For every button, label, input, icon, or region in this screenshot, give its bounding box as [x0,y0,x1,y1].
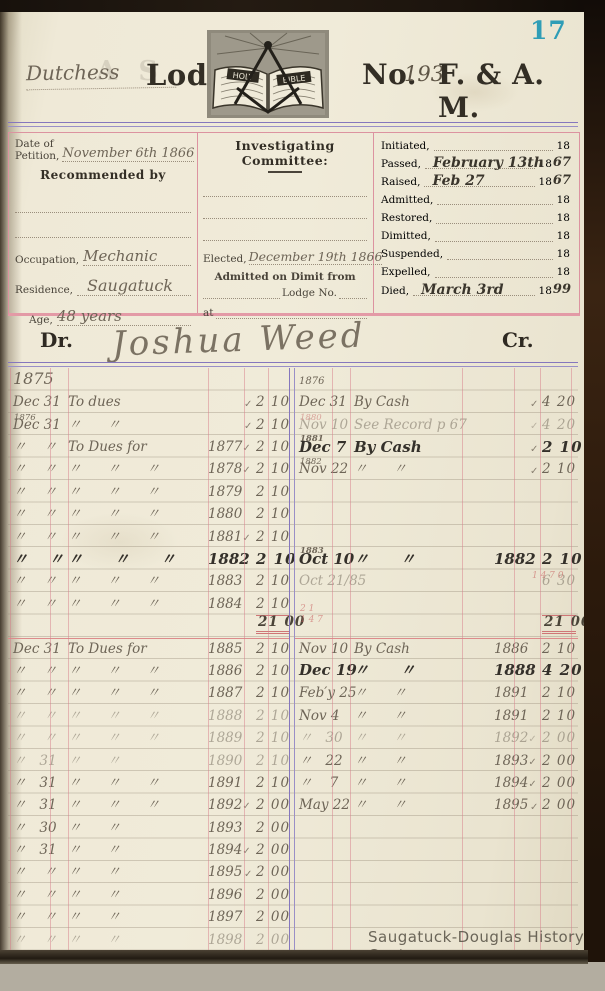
residence-label: Residence, [15,284,73,296]
check-mark-icon: ✓ [244,870,256,880]
ledger-row: 1881Dec 7 By Cash ✓ 2 10 [294,435,578,457]
event-year-printed: 18 [557,267,570,278]
entry-amount: 2 00 [256,889,290,903]
masonic-emblem-engraving: HOLY BIBLE [205,28,331,120]
entry-date: Dec 31 [294,396,354,410]
entry-amount: 2 10 [256,643,290,657]
entry-date: 〃 31 [8,777,68,791]
entry-amount: 2 10 [256,486,290,500]
entry-date: 〃 〃 [8,575,68,589]
investigating-committee-label: Investigating Committee: [203,138,367,168]
event-line [436,211,552,224]
entry-description: 〃 〃 [354,732,494,746]
entry-year: 1881✓ [208,531,244,545]
red-pencil-note: 1 4 7 0 [532,571,564,582]
event-row: Died, March 3rd 18 99 [381,283,571,296]
entry-date: 1875 [8,371,68,387]
event-row: Initiated, 18 [381,138,571,151]
entry-date: Dec 31 [8,396,68,410]
entry-date: Nov 4 [294,710,354,724]
event-label: Initiated, [381,141,430,152]
event-label: Dimitted, [381,231,431,242]
entry-superscript-year: 1876 [14,414,36,423]
entry-amount: 2 10 [256,575,290,589]
entry-date: Dec 19 [294,663,354,678]
blank-line [339,288,367,299]
entry-amount: 2 10 [256,755,290,769]
entry-description: 〃 〃 [354,755,494,769]
entry-description: By Cash [354,396,494,410]
entry-amount: 21 00 [256,615,290,634]
entry-amount: 2 10 [256,687,290,701]
entry-year: 1893✓ [494,755,530,769]
column-rule [350,368,351,951]
event-line: March 3rd [413,283,534,296]
debit-label: Dr. [40,328,73,352]
check-mark-icon: ✓ [528,757,536,768]
entry-date: 〃 7 [294,777,354,791]
entry-description: 〃 〃 〃 [68,508,208,522]
entry-year: 1895 [494,799,530,813]
entry-description: 〃 〃 〃 [68,710,208,724]
ledger-row: Dec 31 By Cash ✓ 4 20 [294,390,578,412]
recommender-list [15,188,191,238]
entry-year: 1890 [208,755,244,769]
event-year-printed: 18 [539,286,552,297]
entry-year: 1891 [494,710,530,724]
entry-year: 1896 [208,889,244,903]
entry-amount: 2 10 [256,531,290,545]
event-row: Admitted, 18 [381,192,571,205]
entry-date: 〃 〃 [8,889,68,903]
entry-date: May 22 [294,799,354,813]
entry-date: 〃 〃 [8,911,68,925]
entry-year: 1894✓ [494,777,530,791]
entry-date: 〃 〃 [8,463,68,477]
entry-year: 1888 [494,663,530,678]
ledger-row: 1882Nov 22 〃 〃 ✓ 2 10 [294,458,578,480]
petition-date-handwritten: November 6th 1866 [62,146,194,162]
entry-date: 〃 30 [8,822,68,836]
photo-edge [0,0,605,12]
ledger-row: 〃 30 〃 〃 1892✓ 2 00 [294,726,578,748]
entry-date: 1883Oct 10 [294,552,354,567]
entry-description: 〃 〃 [68,419,208,433]
check-mark-icon: ✓ [244,422,256,432]
entry-date: 〃 〃 [8,934,68,948]
column-rule [68,368,69,951]
entry-amount: 2 10 [256,441,290,455]
ledger-row [294,480,578,502]
entry-year: 1892✓ [208,799,244,813]
entry-year: 1879 [208,486,244,500]
column-rule [514,368,515,951]
account-ledger: 1875 Dec 31 To dues ✓ 2 10 1876Dec 31 〃 [8,368,578,951]
fam-label: F. & A. M. [438,58,585,124]
entry-date: 〃 31 [8,755,68,769]
entry-date: 〃 〃 [8,486,68,500]
event-year-handwritten: 99 [553,283,571,296]
event-date-handwritten: March 3rd [421,283,503,297]
book-page: 17 A S Dutchess Lodge, HOLY [0,12,585,951]
entry-date: 〃 〃 [8,687,68,701]
entry-description: 〃 〃 [354,552,494,567]
entry-date: 〃 〃 [8,598,68,612]
column-rule [462,368,463,951]
ledger-row: 1876 [294,368,578,390]
entry-date: Oct 21/85 [294,575,354,589]
entry-description: 〃 〃 〃 [68,531,208,545]
event-row: Passed, February 13th 18 67 [381,156,571,169]
entry-description: See Record p 67 [354,419,494,433]
ledger-page-photo: 17 A S Dutchess Lodge, HOLY [0,0,605,991]
event-label: Suspended, [381,249,443,260]
column-rule [571,368,572,951]
entry-description: 〃 〃 〃 [68,486,208,500]
entry-year: 1883 [208,575,244,589]
entry-year: 1893 [208,822,244,836]
entry-description: 〃 〃 〃 [68,598,208,612]
entry-description: 〃 〃 〃 [68,463,208,477]
ledger-row: Feb′y 25 〃 〃 1891 2 10 [294,681,578,703]
occupation-label: Occupation, [15,254,79,266]
event-year-printed: 18 [557,249,570,260]
entry-description: 〃 〃 [354,663,494,678]
check-mark-icon: ✓ [244,400,256,410]
event-year-handwritten: 67 [553,156,571,169]
entry-date: 〃 〃 [8,732,68,746]
entry-date: 〃 〃 [8,441,68,455]
entry-amount: 2 10 [256,665,290,679]
column-rule [10,368,11,951]
entry-year: 1886 [494,643,530,657]
entry-description: 〃 〃 〃 [68,552,208,567]
entry-amount: 2 10 [256,552,290,567]
credit-half: 1876 Dec 31 By Cash ✓ 4 20 1880Nov 10 Se… [294,368,578,951]
entry-description: 〃 〃 [68,844,208,858]
event-label: Admitted, [381,195,433,206]
entry-description: 〃 〃 [68,889,208,903]
event-line [435,229,553,242]
check-mark-icon: ✓ [528,779,536,790]
event-row: Suspended, 18 [381,247,571,260]
entry-date: 〃 〃 [8,866,68,880]
petition-column: Date of Petition, November 6th 1866 Reco… [9,133,197,313]
entry-year: 1898 [208,934,244,948]
event-year-printed: 18 [557,141,570,152]
column-rule [268,368,269,951]
page-number: 17 [530,16,567,45]
entry-description: 〃 〃 〃 [68,799,208,813]
entry-year: 1888 [208,710,244,724]
event-row: Expelled, 18 [381,265,571,278]
age-label: Age, [29,314,53,326]
entry-year: 1877✓ [208,441,244,455]
entry-year: 1885 [208,643,244,657]
entry-date: 〃 〃 [8,508,68,522]
entry-description: 〃 〃 [354,687,494,701]
recommender-signature [15,213,191,238]
event-row: Restored, 18 [381,211,571,224]
entry-description: 〃 〃 [68,866,208,880]
entry-superscript-year: 1883 [300,547,324,556]
entry-date: 〃 〃 [8,710,68,724]
entry-date: 1881Dec 7 [294,440,354,455]
debit-credit-divider [289,368,295,951]
column-rule [332,368,333,951]
event-label: Passed, [381,159,421,170]
entry-amount: 2 10 [256,777,290,791]
event-year-handwritten: 67 [553,174,571,187]
entry-description: By Cash [354,440,494,455]
book-edge [0,950,588,964]
entry-year: 1891 [494,687,530,701]
entry-date: 1880Nov 10 [294,419,354,433]
ledger-row: Dec 19 〃 〃 1888 4 20 [294,659,578,681]
entry-year: 1880 [208,508,244,522]
entry-year: 1882 [208,552,244,567]
event-row: Raised, Feb 27 18 67 [381,174,571,187]
column-rule [208,368,209,951]
red-pencil-note: 2 1 1 4 7 [300,604,323,626]
event-label: Restored, [381,213,432,224]
credit-rows: 1876 Dec 31 By Cash ✓ 4 20 1880Nov 10 Se… [294,368,578,816]
entry-description: To dues [68,396,208,410]
event-row: Dimitted, 18 [381,229,571,242]
entry-year: 1882 [494,552,530,567]
entry-date: Feb′y 25 [294,687,354,701]
event-line [437,192,552,205]
ledger-row: Nov 4 〃 〃 1891 2 10 [294,704,578,726]
elected-label: Elected, [203,253,247,265]
event-line [447,247,553,260]
event-line: Feb 27 [424,174,534,187]
purple-rule [8,122,578,127]
blank-line [203,288,280,299]
event-year-printed: 18 [557,213,570,224]
entry-amount: 2 00 [256,911,290,925]
entry-amount: 2 00 [256,866,290,880]
entry-year: 1889 [208,732,244,746]
ledger-row: 1880Nov 10 See Record p 67 ✓ 4 20 [294,413,578,435]
column-rule [50,368,51,951]
entry-amount: 2 00 [256,822,290,836]
entry-amount: 2 00 [256,844,290,858]
entry-description: By Cash [354,643,494,657]
residence-handwritten: Saugatuck [77,276,191,296]
entry-description: 〃 〃 [68,934,208,948]
event-date-handwritten: Feb 27 [432,174,484,188]
entry-date: Dec 31 [8,643,68,657]
event-label: Died, [381,286,409,297]
elected-date-handwritten: December 19th 1866 [249,249,383,265]
entry-description: 〃 〃 [68,755,208,769]
column-rule [244,368,245,951]
membership-info-box: Date of Petition, November 6th 1866 Reco… [8,132,580,316]
credit-label: Cr. [502,328,534,352]
entry-superscript-year: 1880 [300,414,322,423]
entry-year: 1891 [208,777,244,791]
column-rule [540,368,541,951]
entry-amount: 2 10 [256,419,290,433]
event-year-printed: 18 [539,177,552,188]
entry-description: 〃 〃 〃 [68,732,208,746]
entry-description: 〃 〃 〃 [68,665,208,679]
event-date-handwritten: February 13th [433,156,544,170]
entry-year: 1894✓ [208,844,244,858]
event-label: Expelled, [381,267,431,278]
ledger-row: May 22 〃 〃 1895 ✓ 2 00 [294,793,578,815]
committee-list [203,175,367,241]
occupation-handwritten: Mechanic [83,247,191,266]
ledger-row: 〃 22 〃 〃 1893✓ 2 00 [294,749,578,771]
entry-date: 〃 30 [294,732,354,746]
at-label: at [203,307,213,319]
entry-year: 1878✓ [208,463,244,477]
entry-amount: 2 10 [256,710,290,724]
ledger-row: Nov 10 By Cash 1886 2 10 [294,637,578,659]
entry-date: 〃 31 [8,799,68,813]
event-line [435,265,553,278]
event-line [434,138,553,151]
entry-year: 1895 [208,866,244,880]
entry-year: 1884 [208,598,244,612]
committee-signature [203,175,367,197]
petition-label: Date of Petition, [15,138,59,162]
entry-description: 〃 〃 〃 [68,687,208,701]
entry-date: 〃 〃 [8,665,68,679]
entry-date: 1876Dec 31 [8,419,68,433]
entry-description: To Dues for [68,441,208,455]
entry-description: 〃 〃 [68,822,208,836]
entry-description: 〃 〃 [68,911,208,925]
entry-superscript-year: 1882 [300,458,322,467]
entry-description: 〃 〃 [354,710,494,724]
event-line: February 13th [425,156,535,169]
entry-year: 1897 [208,911,244,925]
book-edge [584,0,605,962]
entry-date: 〃 〃 [8,531,68,545]
entry-year: 1892✓ [494,732,530,746]
committee-signature [203,219,367,241]
ledger-row: 21 00 [294,614,578,636]
entry-description: 〃 〃 〃 [68,777,208,791]
entry-amount: 2 10 [256,396,290,410]
purple-rule [8,362,578,367]
committee-column: Investigating Committee: Elected, Decemb… [197,133,373,313]
entry-year: 1887 [208,687,244,701]
entry-date: 1876 [294,377,354,387]
event-label: Raised, [381,177,420,188]
entry-amount: 2 00 [256,799,290,813]
entry-description: 〃 〃 〃 [68,575,208,589]
entry-date: Nov 10 [294,643,354,657]
ledger-row: 〃 7 〃 〃 1894✓ 2 00 [294,771,578,793]
entry-amount: 2 00 [256,934,290,948]
entry-amount: 2 10 [256,508,290,522]
entry-description: 〃 〃 [354,799,494,813]
entry-date: 1882Nov 22 [294,463,354,477]
entry-superscript-year: 1881 [300,435,324,444]
entry-year: 1886 [208,665,244,679]
entry-amount: 2 10 [256,598,290,612]
entry-description: To Dues for [68,643,208,657]
ledger-row: 1883Oct 10 〃 〃 1882 2 10 [294,547,578,569]
dimit-label: Admitted on Dimit from [203,271,367,283]
event-year-printed: 18 [557,231,570,242]
entry-description: 〃 〃 [354,777,494,791]
check-mark-icon: ✓ [528,734,536,745]
dates-column: Initiated, 18 Passed, February 13th 18 6… [373,133,579,302]
event-year-printed: 18 [557,195,570,206]
entry-date: 〃 31 [8,844,68,858]
entry-date: 〃 〃 [8,552,68,567]
entry-description: 〃 〃 [354,463,494,477]
entry-amount: 2 10 [256,732,290,746]
entry-date: 〃 22 [294,755,354,769]
divider [268,171,302,173]
recommender-signature [15,188,191,213]
ledger-row [294,502,578,524]
lodge-no-label: Lodge No. [282,287,337,299]
ledger-row [294,525,578,547]
entry-amount: 2 10 [256,463,290,477]
ledger-row [294,592,578,614]
recommended-by-label: Recommended by [15,168,191,182]
committee-signature [203,197,367,219]
member-name-handwritten: Joshua Weed [111,316,366,365]
